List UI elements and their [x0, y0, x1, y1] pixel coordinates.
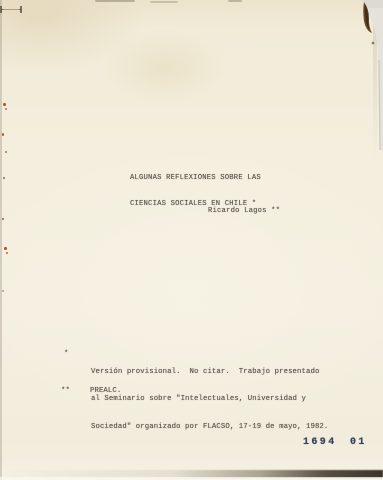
- archive-number-stamp: 1694 01: [303, 437, 367, 448]
- footnote-1-text: Versión provisional. No citar. Trabajo p…: [91, 350, 328, 450]
- paper-speck: [4, 247, 7, 250]
- paper-speck: [2, 290, 4, 292]
- scan-shadow-bottom: [0, 470, 383, 478]
- footnote-1-line-1: Versión provisional. No citar. Trabajo p…: [91, 368, 328, 377]
- footnote-1-line-3: Sociedad" organizado por FLACSO, 17-19 d…: [91, 423, 328, 432]
- document-title: ALGUNAS REFLEXIONES SOBRE LAS CIENCIAS S…: [130, 156, 261, 226]
- paper-speck: [2, 218, 4, 220]
- footnote-2-text: PREALC.: [90, 387, 121, 396]
- paper-speck: [3, 103, 6, 106]
- scanner-top-edge-mark: [95, 0, 135, 2]
- scanned-document-page: ALGUNAS REFLEXIONES SOBRE LAS CIENCIAS S…: [0, 0, 383, 480]
- author-name: Ricardo Lagos **: [208, 207, 280, 215]
- page-left-edge-line: [0, 0, 2, 480]
- footnote-1-line-2: al Seminario sobre "Intelectuales, Unive…: [91, 395, 328, 404]
- pen-mark-tick: [0, 6, 2, 13]
- footnote-1-marker: *: [64, 350, 68, 359]
- paper-speck: [5, 151, 7, 153]
- scanner-top-edge-mark: [150, 1, 178, 3]
- footnote-2-marker: **: [61, 387, 70, 396]
- paper-speck: [3, 177, 5, 179]
- paper-speck: [5, 108, 7, 110]
- page-right-edge: [378, 48, 383, 148]
- scanner-top-edge-mark: [228, 0, 242, 2]
- torn-corner: [353, 0, 383, 150]
- paper-speck: [2, 133, 4, 136]
- page-curl-shading: [373, 0, 377, 180]
- pen-mark-tick: [20, 6, 22, 13]
- pen-mark-top-left: [1, 9, 21, 10]
- paper-speck: [6, 252, 8, 254]
- title-line-1: ALGUNAS REFLEXIONES SOBRE LAS: [130, 174, 261, 183]
